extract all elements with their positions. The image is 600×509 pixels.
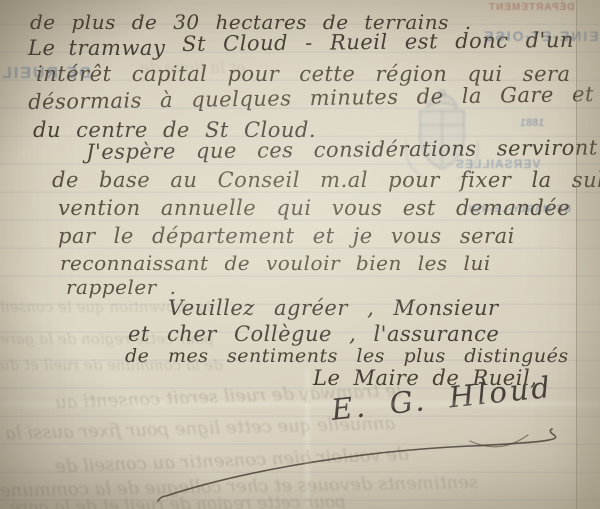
letter-line: vention annuelle qui vous est demandée bbox=[58, 198, 570, 219]
letter-line: rappeler . bbox=[66, 277, 176, 297]
bleedthrough-line: pour cette region de rueil et de la gare bbox=[10, 494, 346, 509]
bleedthrough-date-label: 1881 bbox=[520, 118, 544, 129]
closing-line: de mes sentiments les plus distingués bbox=[125, 347, 569, 366]
letter-line: par le département et je vous serai bbox=[58, 226, 515, 247]
letter-line: intérêt capital pour cette région qui se… bbox=[36, 64, 571, 85]
page-edge-right bbox=[576, 0, 600, 509]
closing-line: et cher Collègue , l'assurance bbox=[128, 324, 499, 345]
letter-line: Le tramway bbox=[28, 38, 165, 59]
fold-crease-vertical bbox=[306, 368, 309, 509]
bleedthrough-departement-label: DÉPARTEMENT bbox=[488, 3, 574, 13]
letter-line: J'espère que ces considérations serviron… bbox=[86, 138, 598, 163]
letter-line: de base au Conseil m.al pour fixer la su… bbox=[52, 170, 600, 191]
letter-line: reconnaissant de vouloir bien les lui bbox=[60, 253, 491, 273]
closing-line: Veuillez agréer , Monsieur bbox=[168, 298, 499, 319]
fold-crease-horizontal bbox=[0, 402, 600, 406]
photographed-letter-page: DÉPARTEMENT SEINE-ET-OISE 1881 VERSAILLE… bbox=[0, 0, 600, 509]
letter-line: St Cloud - Rueil est donc d'un bbox=[182, 30, 574, 55]
